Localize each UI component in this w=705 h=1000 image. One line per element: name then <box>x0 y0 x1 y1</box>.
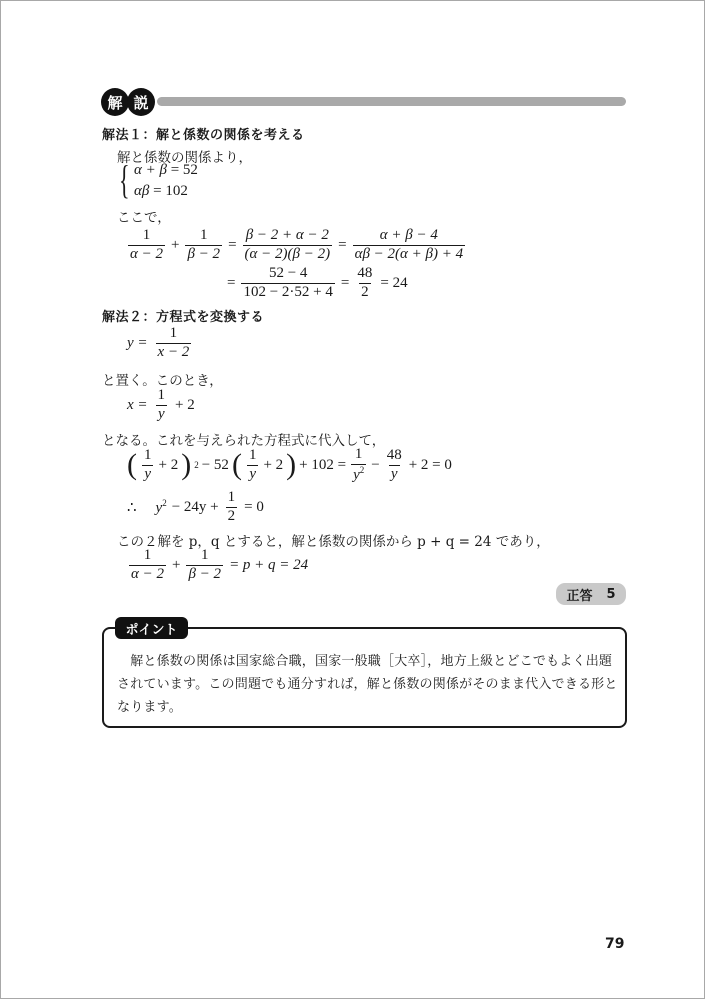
answer-value: 5 <box>606 587 615 602</box>
method2-expanded-equation: ( 1y + 2 )2 − 52 ( 1y + 2 ) + 102 = 1y2 … <box>127 447 452 484</box>
system-eq1: α + β = 52 <box>134 162 198 179</box>
system-eq2: αβ = 102 <box>134 183 188 200</box>
point-text: 解と係数の関係は国家総合職，国家一般職［大卒］，地方上級とどこでもよく出題 され… <box>117 650 617 719</box>
method2-therefore-equation: ∴ y2 − 24y + 12 = 0 <box>127 490 264 525</box>
header-divider-bar <box>157 97 626 106</box>
point-tab-label: ポイント <box>115 617 188 639</box>
page-number: 79 <box>605 936 624 952</box>
page-border <box>0 0 705 999</box>
left-brace-icon: { <box>119 156 130 203</box>
method2-roots-text: この２解を p，q とすると，解と係数の関係から p + q = 24 であり， <box>117 530 550 550</box>
point-line-3: なります。 <box>117 696 617 719</box>
commentary-badge-char-1: 解 <box>101 88 129 116</box>
method2-definition: y = 1x − 2 <box>127 326 193 361</box>
method1-heading: 解法１：解と係数の関係を考える <box>102 124 305 143</box>
method1-here: ここで， <box>117 206 171 226</box>
method2-inverse: x = 1y + 2 <box>127 388 195 423</box>
commentary-badge-char-2: 説 <box>127 88 155 116</box>
method1-calc-line1: 1α − 2 + 1β − 2 = β − 2 + α − 2(α − 2)(β… <box>126 228 467 263</box>
method1-calc-line2: = 52 − 4102 − 2·52 + 4 = 482 = 24 <box>227 266 408 301</box>
method2-subst-text: となる。これを与えられた方程式に代入して， <box>102 429 385 449</box>
point-line-1: 解と係数の関係は国家総合職，国家一般職［大卒］，地方上級とどこでもよく出題 <box>117 650 617 673</box>
correct-answer-badge: 正答 5 <box>556 583 626 605</box>
method2-final-equation: 1α − 2 + 1β − 2 = p + q = 24 <box>127 548 308 583</box>
therefore-icon: ∴ <box>127 498 137 517</box>
answer-label: 正答 <box>566 585 592 604</box>
method2-heading: 解法２：方程式を変換する <box>102 306 264 325</box>
point-line-2: されています。この問題でも通分すれば，解と係数の関係がそのまま代入できる形と <box>117 673 617 696</box>
method2-set-text: と置く。このとき， <box>102 369 223 389</box>
